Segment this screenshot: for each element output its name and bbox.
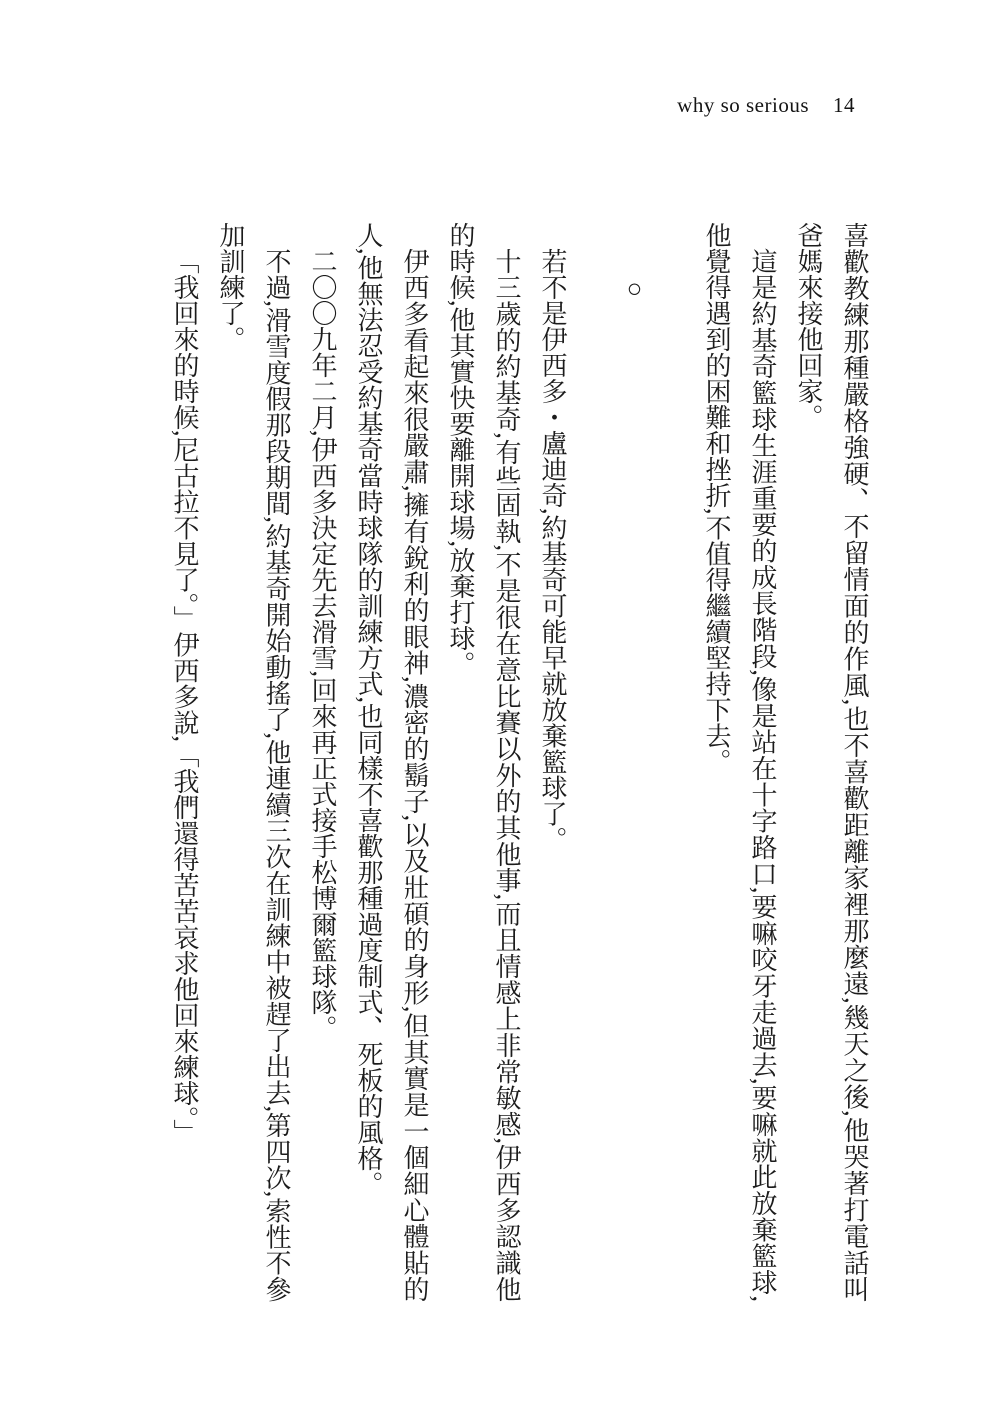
paragraph: 二〇〇九年二月,伊西多決定先去滑雪,回來再正式接手松博爾籃球隊。 — [299, 222, 345, 1302]
paragraph: 十三歲的約基奇,有些固執,不是很在意比賽以外的其他事,而且情感上非常敏感,伊西多… — [437, 222, 529, 1302]
paragraph: 這是約基奇籃球生涯重要的成長階段,像是站在十字路口,要嘛咬牙走過去,要嘛就此放棄… — [693, 222, 785, 1302]
page-number: 14 — [833, 93, 855, 118]
circle-separator-icon: ○ — [620, 274, 649, 303]
paragraph: 不過,滑雪度假那段期間,約基奇開始動搖了,他連續三次在訓練中被趕了出去,第四次,… — [207, 222, 299, 1302]
paragraph: 伊西多看起來很嚴肅,擁有銳利的眼神,濃密的鬍子,以及壯碩的身形,但其實是一個細心… — [345, 222, 437, 1302]
book-page: why so serious 14 喜歡教練那種嚴格強硬、不留情面的作風,也不喜… — [0, 0, 1000, 1403]
running-title: why so serious — [677, 93, 809, 118]
paragraph: 「我回來的時候,尼古拉不見了。」伊西多說,「我們還得苦苦哀求他回來練球。」 — [161, 222, 207, 1302]
paragraph: 喜歡教練那種嚴格強硬、不留情面的作風,也不喜歡距離家裡那麼遠,幾天之後,他哭著打… — [785, 222, 877, 1302]
running-header: why so serious 14 — [677, 93, 855, 118]
paragraph: 若不是伊西多・盧迪奇,約基奇可能早就放棄籃球了。 — [529, 222, 575, 1302]
section-separator: ○ — [611, 222, 657, 1302]
vertical-text-block: 喜歡教練那種嚴格強硬、不留情面的作風,也不喜歡距離家裡那麼遠,幾天之後,他哭著打… — [161, 222, 877, 1302]
